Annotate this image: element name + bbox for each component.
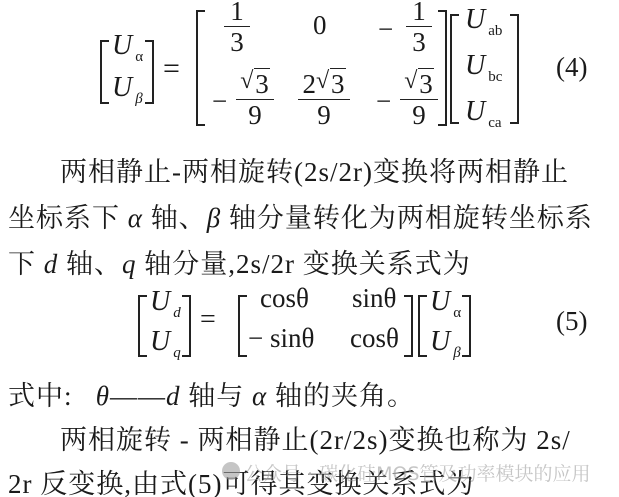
matrix-bracket-right [438,10,447,126]
lhs5-u-q: Uq [150,326,181,358]
m13-fraction: 13 [404,0,434,57]
m5-21: − sinθ [248,323,314,354]
watermark-text: 公众号 · 碳化硅MOS管及功率模块的应用 [244,459,591,486]
lhs-bracket-right [145,40,154,104]
equals-sign: = [163,52,180,86]
m5-12: sinθ [352,283,396,314]
vector-bracket-left [450,14,459,124]
m11-fraction: 13 [222,0,252,57]
theta-definition: 式中: θ——d 轴与 α 轴的夹角。 [8,374,415,413]
m23-sign: − [376,86,391,117]
matrix5-bracket-right [404,295,413,357]
matrix-bracket-left [196,10,205,126]
equation-number-4: (4) [556,52,587,83]
lhs5-bracket-left [138,295,147,357]
matrix5-bracket-left [238,295,247,357]
m12-value: 0 [313,10,327,41]
paragraph1-line3: 下 d 轴、q 轴分量,2s/2r 变换关系式为 [8,242,471,281]
paragraph2-line1: 两相旋转 - 两相静止(2r/2s)变换也称为 2s/ [60,418,571,457]
equals-sign-5: = [200,304,216,336]
lhs-bracket-left [100,40,109,104]
vector-bracket-right-2 [510,14,519,124]
lhs-u-alpha: Uα [112,30,143,62]
m13-sign: − [378,14,393,45]
m5-22: cosθ [350,323,399,354]
vector-u-bc: Ubc [465,50,502,82]
wechat-watermark-icon [222,462,240,480]
lhs5-bracket-right [182,295,191,357]
vector5-u-beta: Uβ [430,326,461,358]
m5-11: cosθ [260,283,309,314]
vector5-u-alpha: Uα [430,286,461,318]
lhs-u-beta: Uβ [112,72,143,104]
m22-fraction: 239 [296,68,352,130]
vector5-bracket-right [462,295,471,357]
m21-sign: − [212,86,227,117]
m23-fraction: 39 [398,68,440,130]
m21-fraction: 39 [234,68,276,130]
vector-u-ca: Uca [465,96,502,128]
paragraph1-line2: 坐标系下 α 轴、β 轴分量转化为两相旋转坐标系 [8,196,593,235]
lhs5-u-d: Ud [150,286,181,318]
vector5-bracket-left [418,295,427,357]
vector-u-ab: Uab [465,4,502,36]
paragraph1-line1: 两相静止-两相旋转(2s/2r)变换将两相静止 [60,150,569,189]
equation-number-5: (5) [556,306,587,337]
